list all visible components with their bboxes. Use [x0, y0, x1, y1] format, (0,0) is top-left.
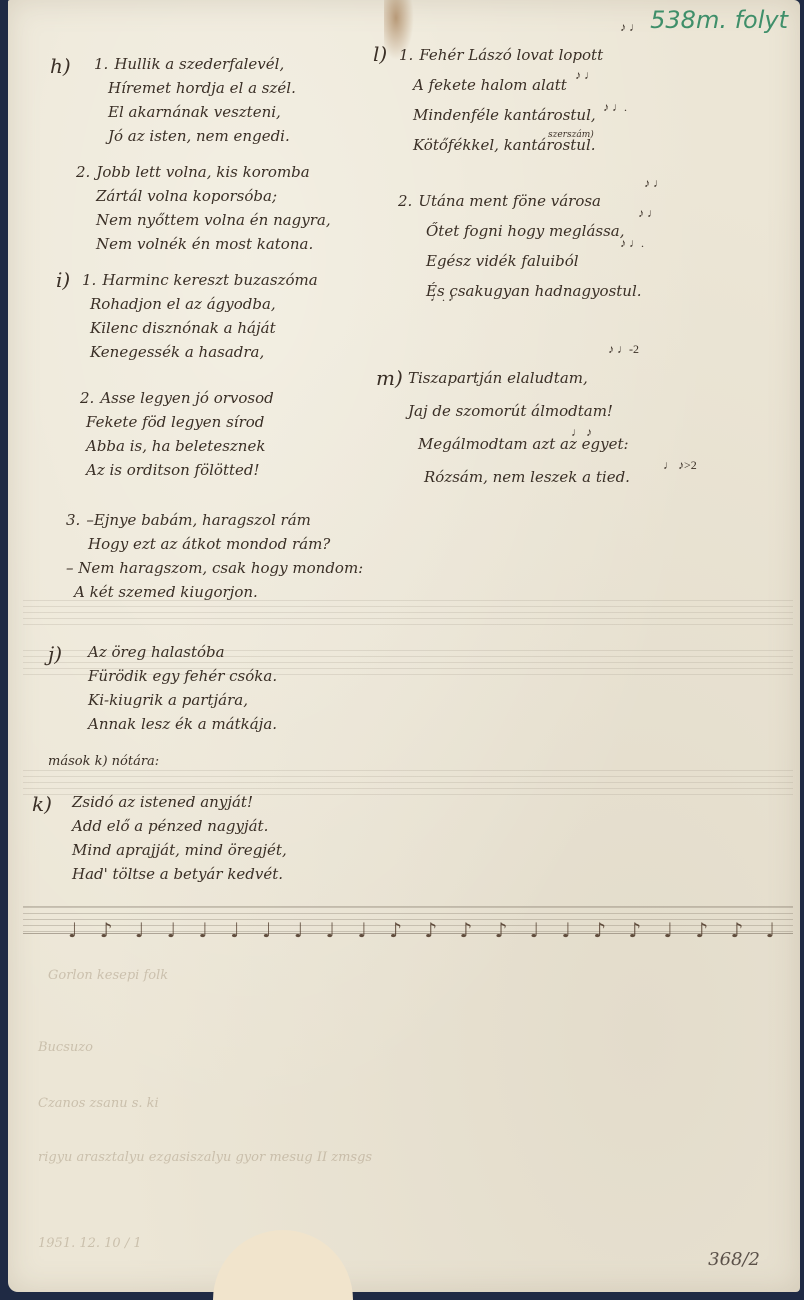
music-note-mark: ♩ ♪>2	[663, 458, 697, 473]
verse-line: Jó az isten, nem engedi.	[108, 124, 296, 148]
music-note-mark: ♪ ♩	[638, 206, 659, 221]
verse-line: Egész vidék faluiból	[426, 246, 642, 276]
music-note-mark: ♪ ♩-2	[608, 342, 639, 357]
music-note-mark: ♩ ♪	[571, 425, 592, 440]
verse-number: 1.	[94, 55, 108, 73]
verse-line: Kenegessék a hasadra,	[90, 340, 318, 364]
verse-line: Őtet fogni hogy meglássa,	[426, 216, 642, 246]
music-note-mark: ♪ ♩	[644, 176, 665, 191]
section-i-verse-2: 2.Asse legyen jó orvosod Fekete föd legy…	[80, 386, 274, 482]
faded-text: Bucsuzo	[38, 1040, 93, 1055]
section-l-verse-2: 2.Utána ment föne városa Őtet fogni hogy…	[398, 186, 642, 306]
verse-number: 3.	[66, 511, 80, 529]
verse-line: Harminc kereszt buzaszóma	[102, 271, 317, 289]
section-h: h) 1.Hullik a szederfalevél, Híremet hor…	[50, 52, 296, 148]
music-note-mark: ♪ ♩.	[603, 100, 627, 115]
section-i-verse-3: 3.–Ejnye babám, haragszol rám Hogy ezt a…	[66, 508, 363, 604]
music-note-mark: ♩. ♪	[430, 290, 454, 305]
verse-line: Megálmodtam azt az egyet:	[418, 428, 630, 461]
section-h-verse-2: 2.Jobb lett volna, kis koromba Zártál vo…	[76, 160, 331, 256]
verse-line: Add elő a pénzed nagyját.	[72, 814, 287, 838]
section-label: h)	[50, 54, 71, 78]
catalog-mark: 538m. folyt	[650, 6, 788, 34]
verse-line: Nem nyőttem volna én nagyra,	[96, 208, 331, 232]
verse-line: Tiszapartján elaludtam,	[408, 362, 630, 395]
faded-text: Czanos zsanu s. ki	[38, 1096, 159, 1111]
verse-line: Az öreg halastóba	[88, 640, 277, 664]
verse-line: Ki-kiugrik a partjára,	[88, 688, 277, 712]
paper-repair-patch	[213, 1230, 353, 1300]
page-number: 368/2	[708, 1249, 760, 1270]
verse-line: Rózsám, nem leszek a tied.	[424, 461, 630, 494]
section-label: m)	[376, 362, 403, 395]
verse-line: Utána ment föne városa	[418, 192, 601, 210]
section-label: j)	[48, 642, 62, 666]
section-i: i) 1.Harminc kereszt buzaszóma Rohadjon …	[56, 268, 318, 364]
verse-line: Annak lesz ék a mátkája.	[88, 712, 277, 736]
verse-line: És csakugyan hadnagyostul.	[426, 276, 642, 306]
verse-line: Zsidó az istened anyját!	[72, 790, 287, 814]
verse-line: Mind aprajját, mind öregjét,	[72, 838, 287, 862]
verse-line: Jobb lett volna, kis koromba	[96, 163, 309, 181]
verse-line: El akarnának veszteni,	[108, 100, 296, 124]
section-l: l) 1.Fehér Lászó lovat lopott A fekete h…	[373, 40, 603, 160]
verse-number: 1.	[82, 271, 96, 289]
verse-line: Mindenféle kantárostul,	[413, 100, 603, 130]
verse-line: Had' töltse a betyár kedvét.	[72, 862, 287, 886]
faded-text: rigyu arasztalyu ezgasiszalyu gyor mesug…	[38, 1150, 372, 1165]
verse-number: 2.	[398, 192, 412, 210]
manuscript-page: 538m. folyt h) 1.Hullik a szederfalevél,…	[8, 0, 800, 1292]
music-note-mark: ♪ ♩.	[620, 236, 644, 251]
music-note-mark: ♪ ♩	[575, 68, 596, 83]
verse-line: Zártál volna koporsóba;	[96, 184, 331, 208]
verse-line: Fehér Lászó lovat lopott	[419, 46, 603, 64]
verse-line: Abba is, ha beletesznek	[86, 434, 274, 458]
verse-line: Jaj de szomorút álmodtam!	[408, 395, 630, 428]
verse-line: Hullik a szederfalevél,	[114, 55, 284, 73]
faded-text: 1951. 12. 10 / 1	[38, 1236, 142, 1251]
verse-line: –Ejnye babám, haragszol rám	[86, 511, 311, 529]
verse-line: Kilenc disznónak a háját	[90, 316, 318, 340]
verse-line: Híremet hordja el a szél.	[108, 76, 296, 100]
verse-line: Fekete föd legyen sírod	[86, 410, 274, 434]
verse-line: Asse legyen jó orvosod	[100, 389, 273, 407]
section-label: i)	[56, 268, 70, 292]
verse-line: Nem volnék én most katona.	[96, 232, 331, 256]
note-other-tune: mások k) nótára:	[48, 750, 159, 774]
section-k: k) Zsidó az istened anyját! Add elő a pé…	[32, 790, 287, 886]
verse-number: 2.	[80, 389, 94, 407]
verse-line: Fürödik egy fehér csóka.	[88, 664, 277, 688]
music-note-mark: ♪ ♩	[620, 20, 641, 35]
insertion-note: szerszám)	[548, 130, 594, 140]
verse-line: – Nem haragszom, csak hogy mondom:	[66, 556, 363, 580]
section-label: l)	[373, 42, 387, 66]
verse-line: Hogy ezt az átkot mondod rám?	[88, 532, 363, 556]
faded-text: Gorlon kesepi folk	[48, 968, 168, 983]
verse-line: A két szemed kiugorjon.	[74, 580, 363, 604]
section-j: j) Az öreg halastóba Fürödik egy fehér c…	[48, 640, 277, 736]
verse-line: Rohadjon el az ágyodba,	[90, 292, 318, 316]
verse-line: Az is orditson fölötted!	[86, 458, 274, 482]
verse-number: 2.	[76, 163, 90, 181]
music-notes: ♩ ♪ ♩ ♩ ♩ ♩ ♩ ♩ ♩ ♩ ♪ ♪ ♪ ♪ ♩ ♩ ♪ ♪ ♩ ♪ …	[68, 918, 783, 942]
section-label: k)	[32, 792, 52, 816]
verse-number: 1.	[399, 46, 413, 64]
